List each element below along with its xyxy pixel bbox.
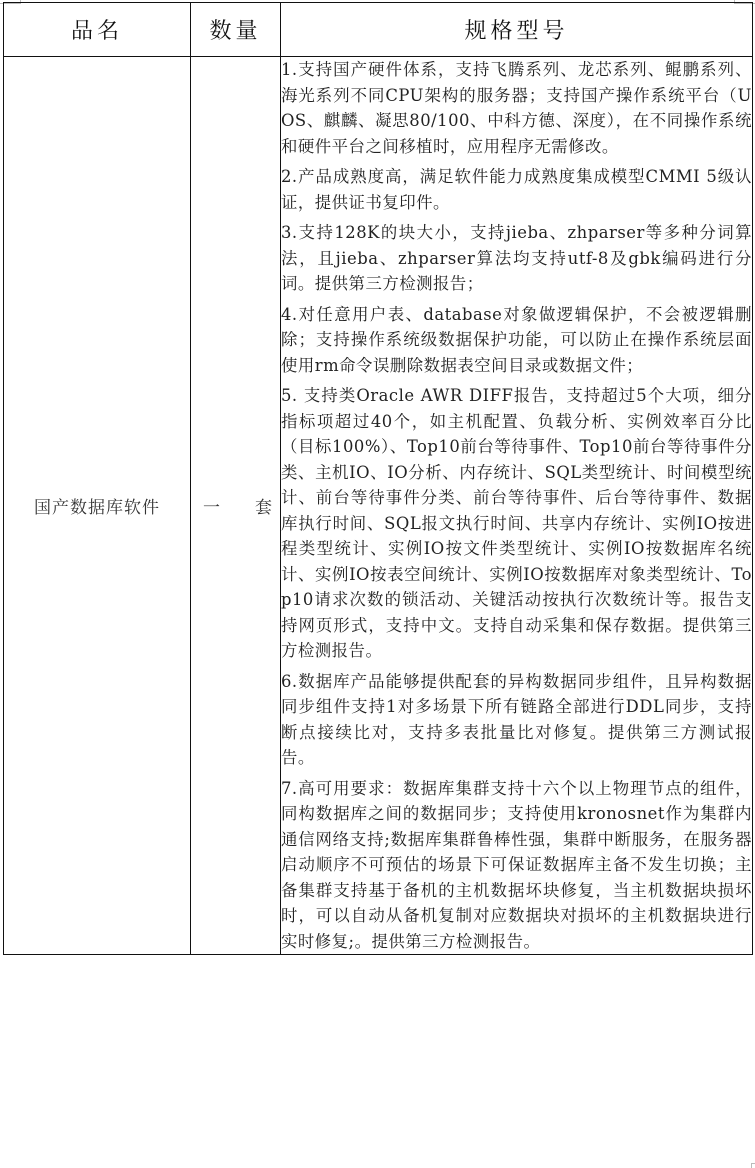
spec-item-heterogeneous-sync: 6.数据库产品能够提供配套的异构数据同步组件，且异构数据同步组件支持1对多场景下… xyxy=(281,669,752,771)
product-name-cell: 国产数据库软件 xyxy=(4,57,191,955)
spec-item-logical-protection: 4.对任意用户表、database对象做逻辑保护，不会被逻辑删除；支持操作系统级… xyxy=(281,302,752,379)
specification-cell: 1.支持国产硬件体系，支持飞腾系列、龙芯系列、鲲鹏系列、海光系列不同CPU架构的… xyxy=(281,57,753,955)
quantity-unit: 套 xyxy=(255,493,272,518)
header-row: 品名 数量 规格型号 xyxy=(4,3,753,57)
spec-item-block-size-tokenizer: 3.支持128K的块大小，支持jieba、zhparser等多种分词算法，且ji… xyxy=(281,220,752,297)
spec-item-hardware-os-support: 1.支持国产硬件体系，支持飞腾系列、龙芯系列、鲲鹏系列、海光系列不同CPU架构的… xyxy=(281,57,752,159)
header-specification: 规格型号 xyxy=(281,3,753,57)
spec-item-awr-diff-report: 5. 支持类Oracle AWR DIFF报告，支持超过5个大项，细分指标项超过… xyxy=(281,383,752,664)
header-product-name: 品名 xyxy=(4,3,191,57)
page-corner-mark xyxy=(751,1163,755,1168)
table-row: 国产数据库软件 一 套 1.支持国产硬件体系，支持飞腾系列、龙芯系列、鲲鹏系列、… xyxy=(4,57,753,955)
spec-item-cmmi-certification: 2.产品成熟度高，满足软件能力成熟度集成模型CMMI 5级认证，提供证书复印件。 xyxy=(281,164,752,215)
spec-item-high-availability: 7.高可用要求：数据库集群支持十六个以上物理节点的组件，同构数据库之间的数据同步… xyxy=(281,776,752,955)
quantity-cell: 一 套 xyxy=(191,57,281,955)
quantity-number: 一 xyxy=(203,493,220,518)
header-quantity: 数量 xyxy=(191,3,281,57)
spec-table: 品名 数量 规格型号 国产数据库软件 一 套 1.支持国产硬件体系，支持飞腾系列… xyxy=(3,2,753,955)
